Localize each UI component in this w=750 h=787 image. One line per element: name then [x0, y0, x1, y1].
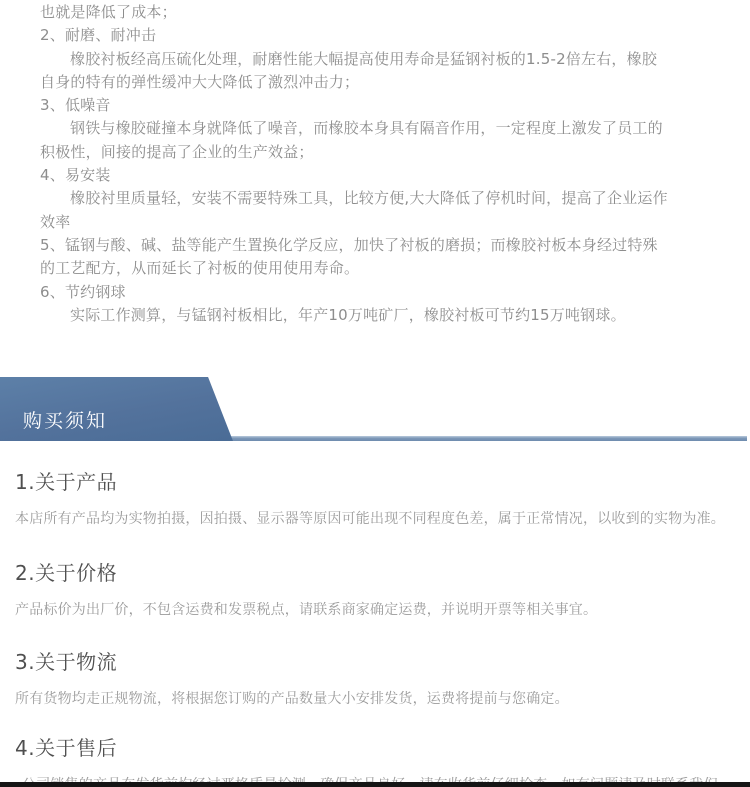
intro-line: 橡胶衬板经高压硫化处理，耐磨性能大幅提高使用寿命是猛钢衬板的1.5-2倍左右，橡…	[40, 48, 720, 71]
intro-line: 效率	[40, 211, 720, 234]
advantages-text-block: 也就是降低了成本； 2、耐磨、耐冲击 橡胶衬板经高压硫化处理，耐磨性能大幅提高使…	[40, 1, 720, 327]
section-body: 产品标价为出厂价，不包含运费和发票税点，请联系商家确定运费，并说明开票等相关事宜…	[15, 600, 735, 620]
intro-line: 的工艺配方，从而延长了衬板的使用使用寿命。	[40, 257, 720, 280]
intro-line: 钢铁与橡胶碰撞本身就降低了噪音，而橡胶本身具有隔音作用，一定程度上激发了员工的	[40, 117, 720, 140]
section-heading: 4.关于售后	[15, 736, 735, 761]
intro-line: 5、锰钢与酸、碱、盐等能产生置换化学反应，加快了衬板的磨损；而橡胶衬板本身经过特…	[40, 234, 720, 257]
section-body: 本店所有产品均为实物拍摄，因拍摄、显示器等原因可能出现不同程度色差，属于正常情况…	[15, 509, 735, 529]
bottom-divider-bar	[0, 782, 750, 787]
section-heading: 3.关于物流	[15, 650, 735, 675]
section-about-product: 1.关于产品 本店所有产品均为实物拍摄，因拍摄、显示器等原因可能出现不同程度色差…	[15, 470, 735, 529]
intro-line: 自身的特有的弹性缓冲大大降低了激烈冲击力；	[40, 71, 720, 94]
section-about-logistics: 3.关于物流 所有货物均走正规物流，将根据您订购的产品数量大小安排发货，运费将提…	[15, 650, 735, 709]
product-description-page: 也就是降低了成本； 2、耐磨、耐冲击 橡胶衬板经高压硫化处理，耐磨性能大幅提高使…	[0, 0, 750, 787]
intro-line: 也就是降低了成本；	[40, 1, 720, 24]
section-about-aftersales: 4.关于售后 公司销售的产品在发货前均经过严格质量检测，确保产品良好，请在收货前…	[15, 736, 735, 787]
intro-line: 3、低噪音	[40, 94, 720, 117]
section-body: 所有货物均走正规物流，将根据您订购的产品数量大小安排发货，运费将提前与您确定。	[15, 689, 735, 709]
intro-line: 积极性，间接的提高了企业的生产效益；	[40, 141, 720, 164]
section-heading: 2.关于价格	[15, 561, 735, 586]
intro-line: 4、易安装	[40, 164, 720, 187]
purchase-notes-title: 购买须知	[23, 406, 107, 433]
intro-line: 2、耐磨、耐冲击	[40, 24, 720, 47]
intro-line: 实际工作测算，与锰钢衬板相比，年产10万吨矿厂，橡胶衬板可节约15万吨钢球。	[40, 304, 720, 327]
section-about-price: 2.关于价格 产品标价为出厂价，不包含运费和发票税点，请联系商家确定运费，并说明…	[15, 561, 735, 620]
section-heading: 1.关于产品	[15, 470, 735, 495]
intro-line: 橡胶衬里质量轻，安装不需要特殊工具，比较方便,大大降低了停机时间，提高了企业运作	[40, 187, 720, 210]
intro-line: 6、节约钢球	[40, 281, 720, 304]
